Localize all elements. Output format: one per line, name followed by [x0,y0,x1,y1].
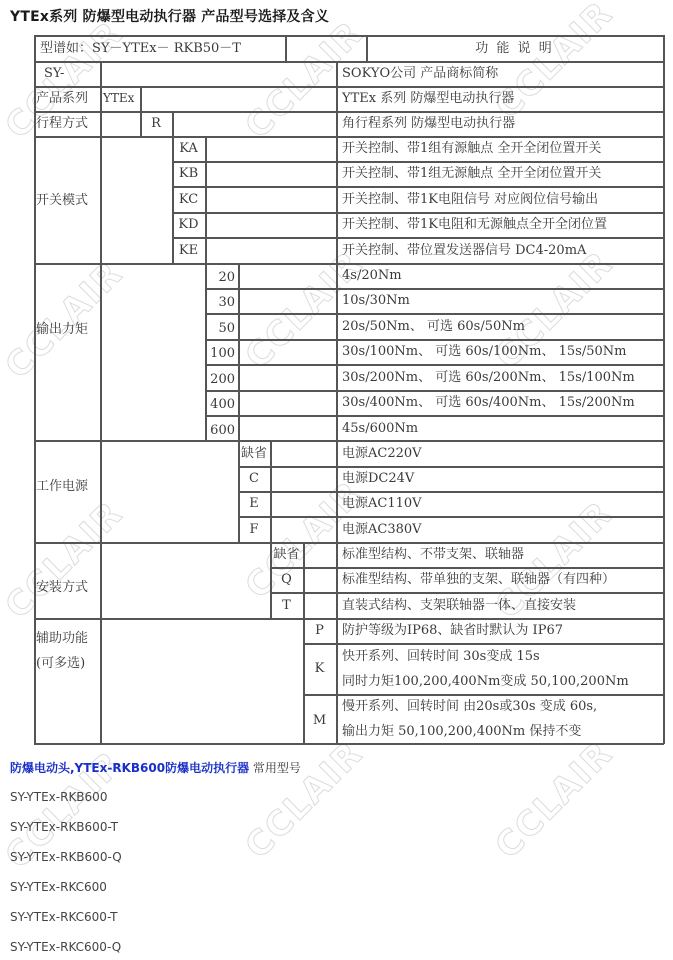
aux-desc: 防护等级为IP68、缺省时默认为 IP67 [342,618,563,643]
switch-desc: 开关控制、带1组无源触点 全开全闭位置开关 [342,161,601,186]
power-code: 缺省 [238,441,270,466]
torque-label: 输出力矩 [36,317,88,342]
divider [100,61,102,744]
switch-desc: 开关控制、带1组有源触点 全开全闭位置开关 [342,136,601,161]
torque-desc: 4s/20Nm [342,263,402,288]
list-item: SY-YTEx-RKC600-Q [10,940,121,954]
aux-function-label: 辅助功能 [36,626,88,651]
divider [238,516,664,518]
torque-code: 30 [205,290,235,315]
stroke-desc: 角行程系列 防爆型电动执行器 [342,111,515,136]
mount-desc: 标准型结构、不带支架、联轴器 [342,542,524,567]
power-desc: 电源AC110V [342,491,422,516]
series-code: YTEx [103,86,134,111]
mount-code: Q [270,567,303,592]
torque-code: 100 [205,341,235,366]
divider [303,542,305,618]
power-code: F [238,517,270,542]
torque-desc: 30s/400Nm、 可选 60s/400Nm、 15s/200Nm [342,390,635,415]
series-desc: YTEx 系列 防爆型电动执行器 [342,86,514,111]
power-desc: 电源AC220V [342,441,422,466]
divider [238,466,664,468]
aux-code: K [303,656,336,681]
divider [285,35,287,61]
mount-label: 安装方式 [36,575,88,600]
torque-code: 200 [205,367,235,392]
list-item: SY-YTEx-RKB600-T [10,820,118,834]
torque-desc: 30s/100Nm、 可选 60s/100Nm、 15s/50Nm [342,339,626,364]
example-model-label: 型谱如：SY－YTEx－ RKB50－T [40,36,241,61]
aux-desc: 快开系列、回转时间 30s变成 15s [342,644,540,669]
aux-code: M [303,708,336,733]
switch-code: KA [172,136,205,161]
divider [172,111,174,136]
aux-code: P [303,618,336,643]
power-label: 工作电源 [36,474,88,499]
torque-desc: 20s/50Nm、 可选 60s/50Nm [342,314,525,339]
divider [205,415,664,417]
power-code: E [238,491,270,516]
switch-code: KE [172,238,205,263]
torque-desc: 30s/200Nm、 可选 60s/200Nm、 15s/100Nm [342,365,635,390]
torque-code: 600 [205,418,235,443]
torque-code: 50 [205,316,235,341]
stroke-code: R [140,111,172,136]
aux-desc: 慢开系列、回转时间 由20s或30s 变成 60s, [342,694,597,719]
brand-label: SY- [44,61,64,86]
divider [238,263,240,440]
mount-desc: 标准型结构、带单独的支架、联轴器（有四种） [342,567,615,592]
torque-desc: 10s/30Nm [342,288,410,313]
torque-desc: 45s/600Nm [342,416,418,441]
common-models-suffix: 常用型号 [249,761,301,775]
switch-desc: 开关控制、带位置发送器信号 DC4-20mA [342,238,586,263]
mount-code: T [270,593,303,618]
aux-desc: 同时力矩100,200,400Nm变成 50,100,200Nm [342,669,629,694]
brand-desc: SOKYO公司 产品商标简称 [342,61,498,86]
list-item: SY-YTEx-RKB600 [10,790,107,804]
stroke-label: 行程方式 [36,111,88,136]
mount-desc: 直装式结构、支架联轴器一体、直接安装 [342,593,576,618]
aux-desc: 输出力矩 50,100,200,400Nm 保持不变 [342,719,581,744]
torque-code: 400 [205,392,235,417]
common-models-heading: 防爆电动头,YTEx-RKB600防爆电动执行器 常用型号 [10,759,301,776]
power-desc: 电源DC24V [342,466,414,491]
power-code: C [238,466,270,491]
switch-code: KD [172,212,205,237]
mount-code: 缺省 [270,542,303,567]
divider [205,288,664,290]
product-link[interactable]: 防爆电动头,YTEx-RKB600防爆电动执行器 [10,761,249,775]
divider [205,136,207,263]
list-item: SY-YTEx-RKC600-T [10,910,118,924]
switch-code: KB [172,161,205,186]
function-column-header: 功 能 说 明 [366,36,663,61]
switch-code: KC [172,187,205,212]
torque-code: 20 [205,265,235,290]
divider [238,491,664,493]
list-item: SY-YTEx-RKB600-Q [10,850,122,864]
divider [336,61,338,744]
aux-function-sublabel: (可多选) [36,651,85,676]
switch-desc: 开关控制、带1K电阻和无源触点全开全闭位置 [342,212,607,237]
power-desc: 电源AC380V [342,517,422,542]
switch-desc: 开关控制、带1K电阻信号 对应阀位信号输出 [342,187,598,212]
list-item: SY-YTEx-RKC600 [10,880,107,894]
switch-mode-label: 开关模式 [36,188,88,213]
series-label: 产品系列 [36,86,88,111]
